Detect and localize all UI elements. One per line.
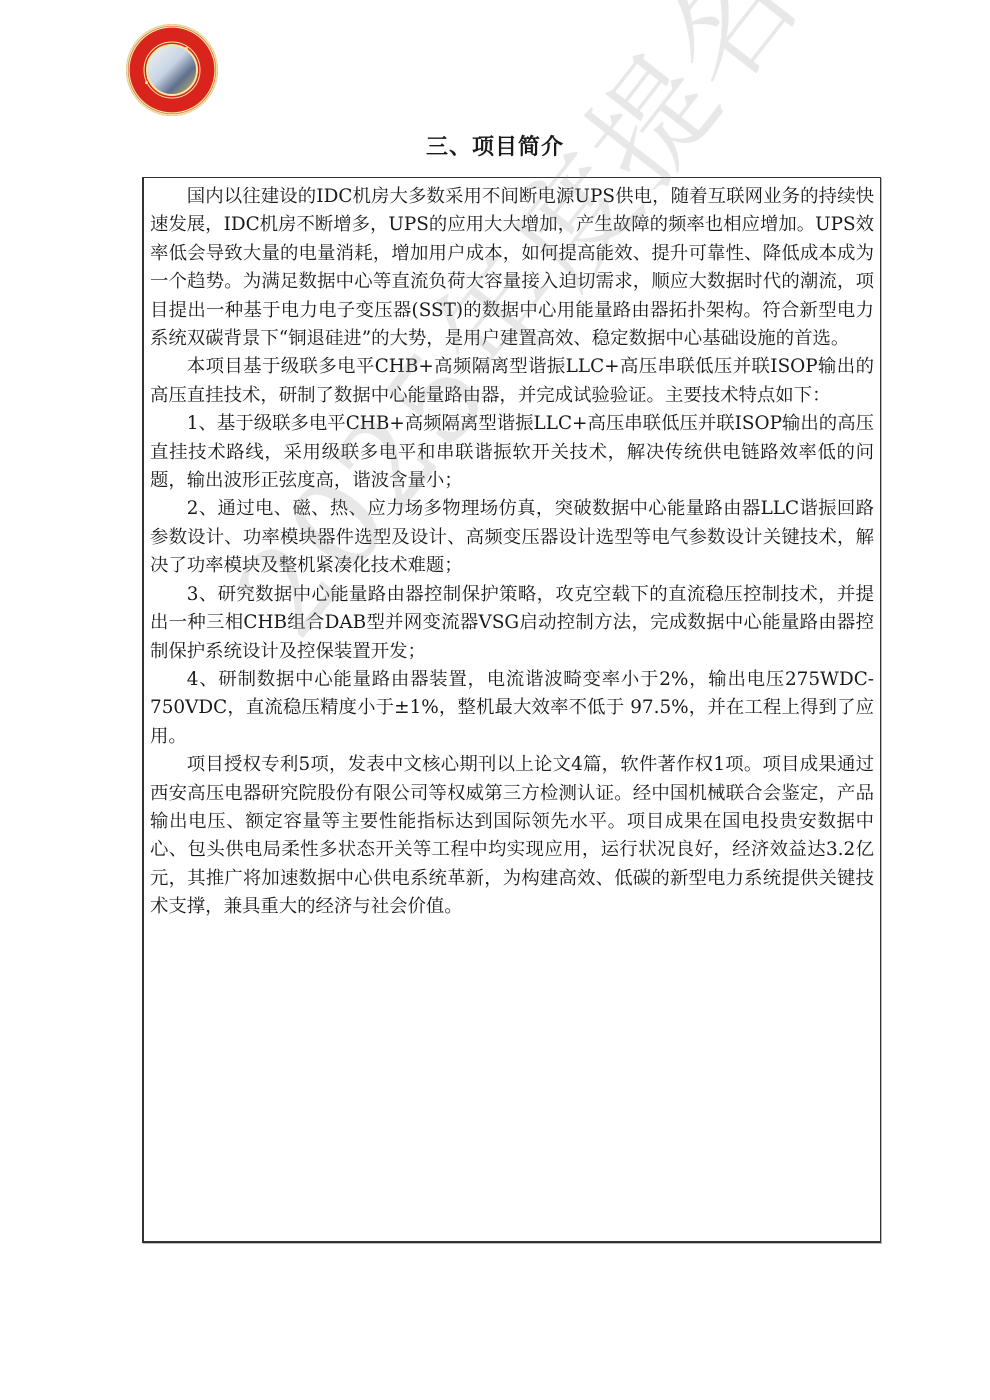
paragraph-feature-1: 1、基于级联多电平CHB+高频隔离型谐振LLC+高压串联低压并联ISOP输出的高… [150,410,874,495]
paragraph-achievements: 项目授权专利5项，发表中文核心期刊以上论文4篇，软件著作权1项。项目成果通过西安… [150,751,874,921]
organization-seal-logo [126,24,218,116]
paragraph-background: 国内以往建设的IDC机房大多数采用不间断电源UPS供电，随着互联网业务的持续快速… [150,183,874,353]
paragraph-feature-4: 4、研制数据中心能量路由器装置，电流谐波畸变率小于2%，输出电压275WDC-7… [150,666,874,751]
paragraph-feature-3: 3、研究数据中心能量路由器控制保护策略，攻克空载下的直流稳压控制技术，并提出一种… [150,581,874,666]
project-summary: 国内以往建设的IDC机房大多数采用不间断电源UPS供电，随着互联网业务的持续快速… [150,183,874,922]
paragraph-overview: 本项目基于级联多电平CHB+高频隔离型谐振LLC+高压串联低压并联ISOP输出的… [150,353,874,410]
page-title: 三、项目简介 [0,130,990,161]
seal-emblem-icon [146,44,198,96]
paragraph-feature-2: 2、通过电、磁、热、应力场多物理场仿真，突破数据中心能量路由器LLC谐振回路参数… [150,495,874,580]
